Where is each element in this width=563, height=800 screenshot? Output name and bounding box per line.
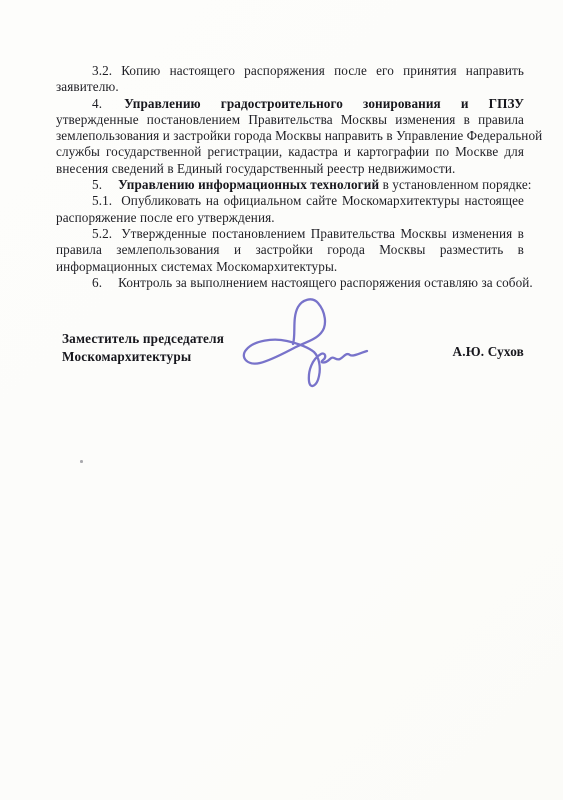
clause-heading-bold: Управлению градостроительного зонировани… xyxy=(124,96,524,111)
line-text: землепользования и застройки города Моск… xyxy=(56,128,542,143)
clause-number: 5. xyxy=(92,177,118,192)
document-line: службы государственной регистрации, када… xyxy=(56,144,524,160)
line-text: в установленном порядке: xyxy=(383,177,532,192)
clause-number: 6. xyxy=(92,275,118,290)
document-line: заявителю. xyxy=(56,79,524,95)
clause-number: 4. xyxy=(92,96,124,111)
scan-speck xyxy=(80,460,83,463)
clause-number: 3.2. xyxy=(92,63,121,78)
document-line: 4.Управлению градостроительного зонирова… xyxy=(56,96,524,112)
clause-number: 5.1. xyxy=(92,193,121,208)
document-line: утвержденные постановлением Правительств… xyxy=(56,112,524,128)
signer-title-line1: Заместитель председателя xyxy=(62,330,224,348)
line-text: утвержденные постановлением Правительств… xyxy=(56,112,524,127)
document-line: внесения сведений в Единый государственн… xyxy=(56,161,524,177)
document-page: 3.2.Копию настоящего распоряжения после … xyxy=(0,0,563,800)
document-line: 5.1.Опубликовать на официальном сайте Мо… xyxy=(56,193,524,209)
line-text: информационных системах Москомархитектур… xyxy=(56,259,337,274)
document-line: информационных системах Москомархитектур… xyxy=(56,259,524,275)
line-text: Утвержденные постановлением Правительств… xyxy=(121,226,524,241)
line-text: распоряжение после его утверждения. xyxy=(56,210,275,225)
document-body: 3.2.Копию настоящего распоряжения после … xyxy=(56,63,524,291)
line-text: Копию настоящего распоряжения после его … xyxy=(121,63,524,78)
line-text: Опубликовать на официальном сайте Моском… xyxy=(121,193,524,208)
document-line: 3.2.Копию настоящего распоряжения после … xyxy=(56,63,524,79)
signer-name: А.Ю. Сухов xyxy=(390,344,524,360)
signer-title-line2: Москомархитектуры xyxy=(62,348,224,366)
document-line: 5.2.Утвержденные постановлением Правител… xyxy=(56,226,524,242)
document-line: правила землепользования и застройки гор… xyxy=(56,242,524,258)
document-line: распоряжение после его утверждения. xyxy=(56,210,524,226)
document-line: землепользования и застройки города Моск… xyxy=(56,128,524,144)
clause-heading-bold: Управлению информационных технологий xyxy=(118,177,379,192)
signer-title: Заместитель председателя Москомархитекту… xyxy=(62,330,224,365)
line-text: правила землепользования и застройки гор… xyxy=(56,242,524,257)
line-text: службы государственной регистрации, када… xyxy=(56,144,524,159)
clause-number: 5.2. xyxy=(92,226,121,241)
line-text: внесения сведений в Единый государственн… xyxy=(56,161,455,176)
document-line: 5.Управлению информационных технологий в… xyxy=(56,177,524,193)
signature-stroke xyxy=(244,299,367,386)
line-text: заявителю. xyxy=(56,79,119,94)
signature-ink xyxy=(230,278,390,403)
